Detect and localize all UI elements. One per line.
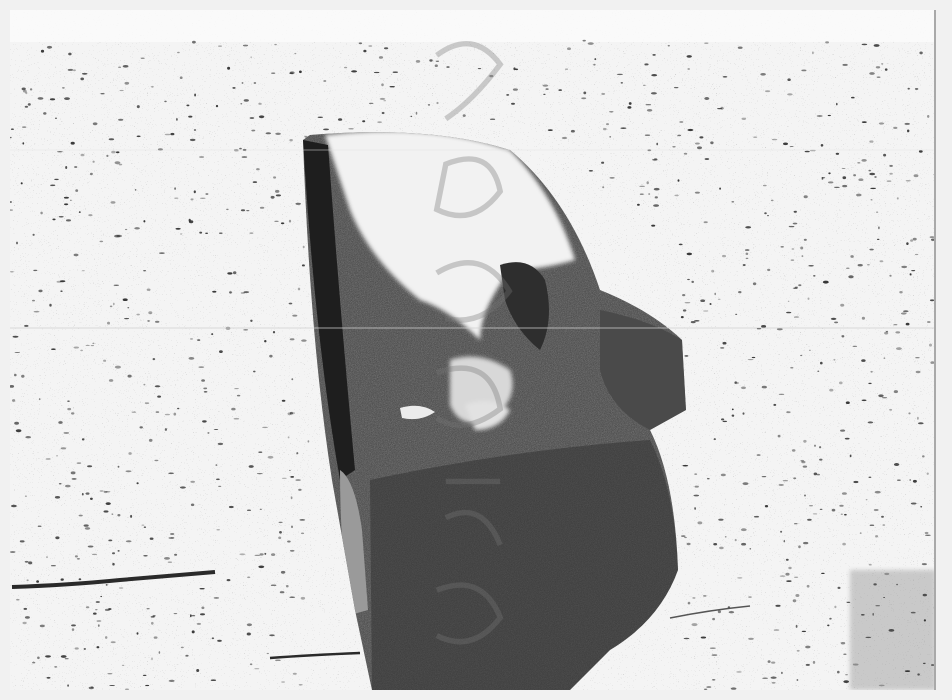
handwritten-annotation (10, 10, 936, 690)
scanned-photograph (10, 10, 936, 690)
scan-page-edge (934, 10, 936, 690)
